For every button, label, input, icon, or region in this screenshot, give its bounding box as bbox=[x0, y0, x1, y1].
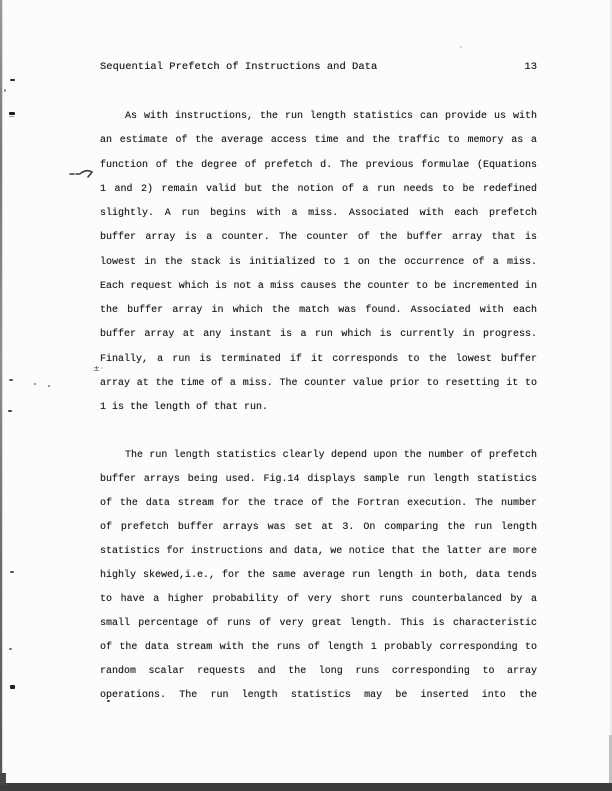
page-number: 13 bbox=[524, 60, 537, 74]
running-title: Sequential Prefetch of Instructions and … bbox=[100, 60, 377, 74]
scan-corner-bottom-left bbox=[0, 773, 6, 785]
text-line: Each request which is not a miss causes … bbox=[100, 275, 537, 299]
scan-edge-left-faint bbox=[2, 0, 3, 791]
scan-speck bbox=[9, 112, 15, 115]
text-line: of the data stream for the trace of the … bbox=[100, 492, 537, 516]
text-line: As with instructions, the run length sta… bbox=[100, 105, 537, 129]
scan-speck bbox=[9, 648, 12, 650]
text-line: statistics for instructions and data, we… bbox=[100, 540, 537, 564]
scan-speck bbox=[10, 685, 15, 689]
paragraph-1: As with instructions, the run length sta… bbox=[100, 105, 537, 420]
text-line: the buffer array in which the match was … bbox=[100, 299, 537, 323]
text-line: an estimate of the average access time a… bbox=[100, 129, 537, 153]
text-line: of prefetch buffer arrays was set at 3. … bbox=[100, 516, 537, 540]
text-line: buffer arrays being used. Fig.14 display… bbox=[100, 468, 537, 492]
text-line: random scalar requests and the long runs… bbox=[100, 660, 537, 684]
scan-edge-bottom bbox=[0, 783, 612, 791]
handwritten-arrow-mark bbox=[69, 165, 97, 179]
scan-speck bbox=[9, 379, 13, 381]
text-line: The run length statistics clearly depend… bbox=[100, 444, 537, 468]
scan-speck bbox=[460, 46, 462, 48]
scanned-document-page: Sequential Prefetch of Instructions and … bbox=[0, 0, 612, 791]
text-line: 1 is the length of that run. bbox=[100, 396, 537, 420]
paragraph-2: The run length statistics clearly depend… bbox=[100, 444, 537, 709]
text-line: highly skewed,i.e., for the same average… bbox=[100, 564, 537, 588]
text-line: buffer array is a counter. The counter o… bbox=[100, 226, 537, 250]
text-line: Finally, a run is terminated if it corre… bbox=[100, 348, 537, 372]
scan-speck bbox=[34, 383, 36, 385]
text-line: to have a higher probability of very sho… bbox=[100, 588, 537, 612]
text-line: buffer array at any instant is a run whi… bbox=[100, 323, 537, 347]
text-line: array at the time of a miss. The counter… bbox=[100, 372, 537, 396]
scan-speck bbox=[107, 700, 110, 702]
text-line: function of the degree of prefetch d. Th… bbox=[100, 154, 537, 178]
scan-speck bbox=[9, 116, 14, 117]
scan-speck bbox=[10, 79, 15, 81]
scan-speck bbox=[48, 385, 50, 387]
handwritten-correction-mark: ±· bbox=[93, 364, 104, 373]
text-line: of the data stream with the runs of leng… bbox=[100, 636, 537, 660]
page-header: Sequential Prefetch of Instructions and … bbox=[100, 60, 537, 74]
text-line: slightly. A run begins with a miss. Asso… bbox=[100, 202, 537, 226]
text-line: 1 and 2) remain valid but the notion of … bbox=[100, 178, 537, 202]
text-line: operations. The run length statistics ma… bbox=[100, 684, 537, 708]
scan-speck bbox=[10, 571, 14, 573]
text-line: small percentage of runs of very great l… bbox=[100, 612, 537, 636]
scan-speck bbox=[4, 89, 6, 92]
scan-speck bbox=[8, 410, 12, 412]
text-line: lowest in the stack is initialized to 1 … bbox=[100, 251, 537, 275]
